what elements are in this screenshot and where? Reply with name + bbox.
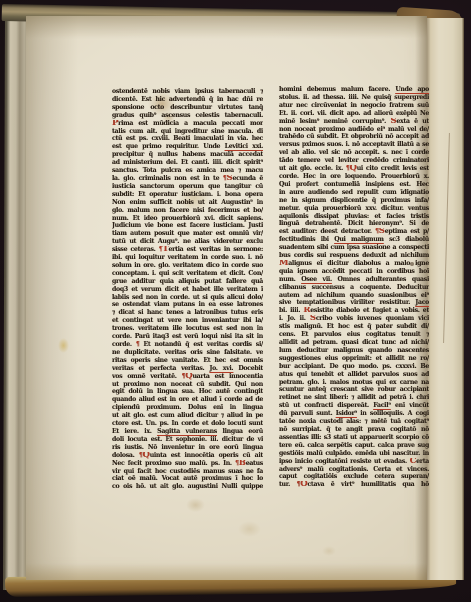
text-line: solum in ore. glo. veritatem dico in cor… (112, 262, 263, 270)
text-line: Qui profert contumeliā insipiens est. He… (279, 181, 429, 189)
text-line: glo. malum non facere nisi fecerimus et … (112, 207, 263, 215)
text-line: stū ut confracti dispereāt. Facil⁹ enī v… (279, 402, 429, 410)
text-line: labiis sed non in corde. ut si quis alic… (112, 294, 263, 302)
text-line: stolus. ii. ad thessa. iiii. Ne quisq̄ s… (279, 94, 429, 102)
text-line: tiam autem posuit que mater est omniū vi… (112, 230, 263, 238)
text-line: versus pximos suos. i. nō acceptavit ill… (279, 141, 429, 149)
incunabulum-page: ostendentē nobis viam ipsius tabernaculi… (26, 16, 427, 580)
stain-spot (322, 546, 336, 556)
text-line: se ostendat viam putans in ea esse latro… (112, 301, 263, 309)
text-line: atus qui tenebit et allidet parvulos suo… (279, 371, 429, 379)
text-line: ut ait glo. est cum aliud dicitur ⁊ aliu… (112, 412, 263, 420)
text-line: suggestiones eius opprimit: et allidit n… (279, 355, 429, 363)
text-line: suadentem sibi cum ipsa suasione a consp… (279, 244, 429, 252)
text-line: grue additur quia aliquis putat fallere … (112, 278, 263, 286)
text-line: ctore est. Un. ps. In corde et dolo locu… (112, 420, 263, 428)
text-line: ut ait glo. eccle. ix. ¶Qui cito credit … (279, 165, 429, 173)
text-line: ad ministerium dei. Et canti. iiii. dici… (112, 159, 263, 167)
text-line: Nec fecit proximo suo malū. ps. In. ¶Bea… (112, 460, 263, 468)
text-line: retinet ne sint liberi: ⁊ allidit ad pet… (279, 394, 429, 402)
text-line: trones. veritatem ille locutus est sed n… (112, 325, 263, 333)
text-line: Prima est mūdicia a macula peccati mor (112, 120, 263, 128)
text-line: doq3 et verum dicit et habet ille verita… (112, 286, 263, 294)
text-line: assentias illi: s3 statī ut apparuerit s… (279, 434, 429, 442)
text-line: subdit: Et operatur iusticiam. i. bona o… (112, 191, 263, 199)
stain-spot (186, 498, 205, 512)
text-line: dū parvuli sunt. Isidor⁹ in soliloquiis.… (279, 410, 429, 418)
text-line: fectitudinis ibi Qui malignum sc3 diabol… (279, 236, 429, 244)
fore-edge-crease-line (443, 133, 450, 343)
text-line: sive temptationibus viriliter resistitur… (279, 299, 429, 307)
text-line: advers⁹ malū cogitationis. Certa et vinc… (279, 466, 429, 474)
text-line: tutū ut dicit Augu⁹. ne alias videretur … (112, 238, 263, 246)
text-line: Et. ii. cori. vii. dicit apo. ad aliorū … (279, 110, 429, 118)
text-line: tatōe noxia custodi alas: ⁊ mētē tuā cog… (279, 418, 429, 426)
text-line: sanctus. Tota pulcra es amica mea ⁊ macu (112, 167, 263, 175)
text-line: cipiendū proximum. Dolus enī in lingua (112, 404, 263, 412)
text-line: homini debemus malum facere. Unde apo (279, 86, 429, 94)
text-line: non noceat proximo audiēdo ei⁹ malū vel … (279, 126, 429, 134)
text-line: doli locuta est. Et sophonie. iii. dicit… (112, 436, 263, 444)
text-line: veritas et perfecta veritas. Jo. xvi. Do… (112, 365, 263, 373)
text-line: ris iustis. Nō invenietur in ore eorū li… (112, 444, 263, 452)
text-line: vos omnē veritatē. ¶Quarta est innocenti… (112, 373, 263, 381)
text-line: ibi. qui loquitur veritatem in corde suo… (112, 254, 263, 262)
text-line: corde. Parū itaq3 est verū loqui nisi it… (112, 333, 263, 341)
text-line: Et iere. ix. Sagitta vulnerans lingua eo… (112, 428, 263, 436)
text-line: dolosa. ¶Quinta est innocētia operis cū … (112, 452, 263, 460)
text-line: corde. Hec in ore loquendo. Prouerbiorū … (279, 173, 429, 181)
text-line: la. glo. criminalis non est in te ¶Secun… (112, 175, 263, 183)
text-line: metur. quia prouerbiorū xxv. dicitur. ve… (279, 205, 429, 213)
text-line: lum deducitur malignus quando nascentes (279, 347, 429, 355)
text-line: caput cogitatiōis exclude cetera superan… (279, 473, 429, 481)
text-line: nō surripiat. q̄ te angit prava cogitatō… (279, 426, 429, 434)
text-line: num. Et ideo prouerbiorū xvi. dicit sapi… (112, 215, 263, 223)
text-line: scuntur anteq̄ crescant sive robur accip… (279, 386, 429, 394)
text-line: corde. ¶ Et notandū q̄ est veritas cordi… (112, 341, 263, 349)
text-line: quando aliud est in ore et aliud ī corde… (112, 396, 263, 404)
text-line: gradus quib⁹ ascensus celestis tabernacu… (112, 112, 263, 120)
text-line: i. Jo. ii. Scribo vobis iuvenes quoniam … (279, 315, 429, 323)
text-column-left: ostendentē nobis viam ipsius tabernaculi… (112, 88, 263, 491)
text-line: tere eū. calca serpētis caput. calca pra… (279, 442, 429, 450)
text-line: bus cordis sui respuens deduxit ad nichi… (279, 252, 429, 260)
text-line: Non enim sufficit nobis ut ait Augustin⁹… (112, 199, 263, 207)
book-fore-edge-pages (427, 18, 464, 580)
text-line: ciat oē malū. Vocat autē proximus ī hoc … (112, 475, 263, 483)
text-line: ctū est ps. cxviii. Beati imaculati in v… (112, 135, 263, 143)
text-line: atur nec circūveniat in negocio fratrem … (279, 102, 429, 110)
text-line: talis cum ait. qui ingreditur sine macul… (112, 128, 263, 136)
text-line: tādo temere vel leviter credēdo criminat… (279, 157, 429, 165)
text-line: est que primo requiritur. Unde Levitici … (112, 143, 263, 151)
text-line: ritas operis sine vanitate. Et hec est o… (112, 357, 263, 365)
text-line: bi. iiii. Resistite diabolo et fugiet a … (279, 307, 429, 315)
text-line: sisse ceteras. ¶Tertia est veritas in se… (112, 246, 263, 254)
text-line: Judicium vie bone est facere iusticiam. … (112, 222, 263, 230)
stain-spot (238, 521, 261, 537)
text-line: ut proximo non noceat cū subdit. Qui non (112, 381, 263, 389)
text-line: egit dolū in lingua sua. Hoc autē contin… (112, 388, 263, 396)
text-line: cens. Et parvulos eius cogitatus tenuit … (279, 331, 429, 339)
text-line: sponsione octo describuntur virtutes tan… (112, 104, 263, 112)
text-line: clibanus succensus a coquente. Deducitur (279, 284, 429, 292)
text-line: precipitur q̄ nullus habens maculā acced… (112, 151, 263, 159)
text-line: in aure audiendo sed repulit cum īdignat… (279, 189, 429, 197)
text-line: gestiōis malū culpādo. emēda ubi nascitu… (279, 450, 429, 458)
text-line: est auditor: deest detractor. ¶Septima e… (279, 228, 429, 236)
text-line: num. Osee vii. Omnes adulterantes quasi (279, 276, 429, 284)
text-line: aquilonis dissipat pluvias: et facies tr… (279, 213, 429, 221)
text-line: ipso inicio cogitatōni resiste ut evadas… (279, 458, 429, 466)
text-line: bur accipiant. De quo modo. ps. cxxxvi. … (279, 363, 429, 371)
text-line: allidit ad petram. quasi dicat tunc ad n… (279, 339, 429, 347)
text-line: conceptam. i. qui scit veritatem et dici… (112, 270, 263, 278)
text-line: minē lesim⁹ neminē corrupim⁹. Sexta ē ut (279, 118, 429, 126)
text-line: et contingat ut vere non inveniantur ibi… (112, 317, 263, 325)
stain-spot (58, 338, 69, 353)
text-line: vel ab alio. vel sic nō accepit. s. nec … (279, 149, 429, 157)
text-column-right: homini debemus malum facere. Unde aposto… (279, 86, 429, 489)
text-line: linguā detrahentē. Dicit hieronym⁹. Si d… (279, 220, 429, 228)
text-line: vir qui facit hoc custodiēs manus suas n… (112, 468, 263, 476)
text-line: ⁊ dicat si hanc tenes a latronibus tutus… (112, 309, 263, 317)
text-line: ostendentē nobis viam ipsius tabernaculi… (112, 88, 263, 96)
photo-background: ostendentē nobis viam ipsius tabernaculi… (0, 0, 471, 602)
text-line: dicentē. Est hic advertendū q̄ in hac dñ… (112, 96, 263, 104)
text-line: ne duplicitate. veritas oris sine falsit… (112, 349, 263, 357)
text-line: autem ad nichilum quando suasionibus ei⁹ (279, 292, 429, 300)
text-line: petram. glo. i. malos motus qui ex carne… (279, 379, 429, 387)
text-line: iusticia sanctorum operum que tangitur c… (112, 183, 263, 191)
text-line: trahēdo cū subdit. Et obprobriū nō accep… (279, 133, 429, 141)
text-line: tur. ¶Octava ē virt⁹ humilitatis qua hō (279, 481, 429, 489)
text-line: stis malignū. Et hoc est q̄ pater subdit… (279, 323, 429, 331)
text-line: ne in signum displicentie q̄ proximus in… (279, 197, 429, 205)
text-line: Malignus eī dicitur diabolus a malo igne (279, 260, 429, 268)
text-line: co ois hō. ut ait glo. augustini Nulli q… (112, 483, 263, 491)
text-line: quia ignem accēdit peccati in cordibus h… (279, 268, 429, 276)
